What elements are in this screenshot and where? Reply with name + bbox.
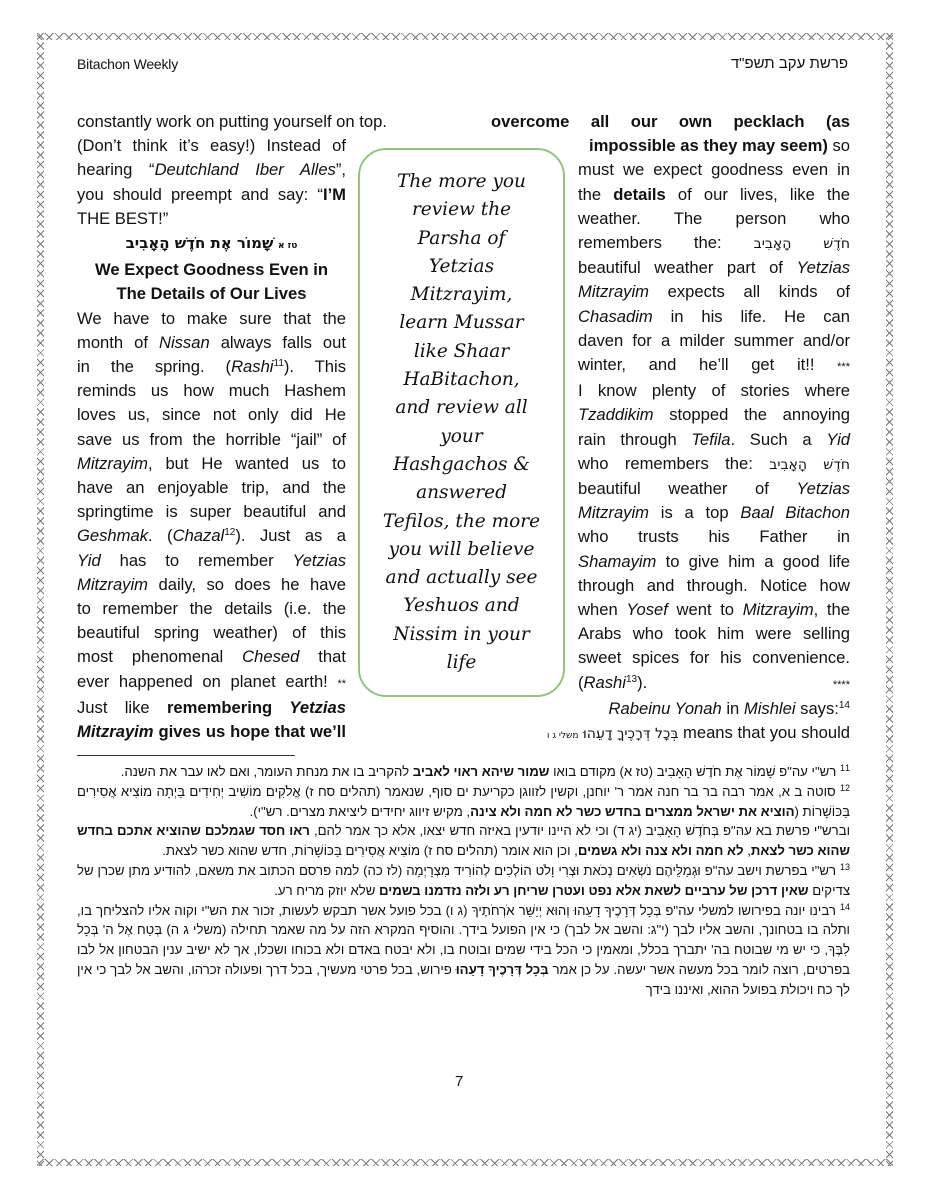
section-separator: ** <box>337 678 346 690</box>
footnote-ref: 12 <box>224 527 235 538</box>
text-line: Mitzrayim gives us hope that we’ll <box>77 720 346 744</box>
text-line: who trusts his Father in <box>578 525 850 549</box>
text-line: Mitzrayim expects all kinds of <box>578 280 850 304</box>
text-line: when Yosef went to Mitzrayim, the <box>578 598 850 622</box>
footnote-12: 12 סוטה ב א, אמר רבה בר בר חנה אמר ר' יו… <box>77 782 850 822</box>
callout-line: like Shaar <box>360 338 563 366</box>
text-line: beautiful weather of Yetzias <box>578 477 850 501</box>
footnote-13: 13 רש"י בפרשת וישב עה"פ וּגְמַלֵּיהֶם נֹ… <box>77 861 850 901</box>
text-line: constantly work on putting yourself on t… <box>77 110 346 134</box>
text-line: reminds us how much Hashem <box>77 379 346 403</box>
callout-line: Hashgachos & <box>360 451 563 479</box>
callout-line: learn Mussar <box>360 309 563 337</box>
text-line: Chasadim in his life. He can <box>578 305 850 329</box>
text-line: I know plenty of stories where <box>578 379 850 403</box>
callout-line: Mitzrayim, <box>360 281 563 309</box>
footnote-12-continued: וברש"י פרשת בא עה"פ בְּחֹדֶשׁ הָאָבִיב (… <box>77 821 850 861</box>
text-line: winter, and he’ll get it!! *** <box>578 353 850 379</box>
pull-quote-callout: The more you review the Parsha of Yetzia… <box>358 148 565 697</box>
text-line: We have to make sure that the <box>77 307 346 331</box>
callout-line: and actually see <box>360 564 563 592</box>
text-line: weather. The person who <box>578 207 850 231</box>
text-line: hearing “Deutchland Iber Alles”, <box>77 158 346 182</box>
text-line: most phenomenal Chesed that <box>77 645 346 669</box>
text-line: Just like remembering Yetzias <box>77 696 346 720</box>
callout-line: HaBitachon, <box>360 366 563 394</box>
right-text-column: overcome all our own pecklach (as imposs… <box>578 110 850 748</box>
text-line: month of Nissan always falls out <box>77 331 346 355</box>
text-line: Arabs who took him were selling <box>578 622 850 646</box>
hebrew-verse-heading: שָׁמוֹר אֶת חֹדֶשׁ הָאָבִיב טז א <box>77 231 346 258</box>
text-line: save us from the horrible “jail” of <box>77 428 346 452</box>
callout-line: Parsha of <box>360 225 563 253</box>
footnote-ref: 11 <box>274 358 284 369</box>
left-text-column: constantly work on putting yourself on t… <box>77 110 346 744</box>
text-line: you should preempt and say: “I’M <box>77 183 346 207</box>
text-line: Mitzrayim is a top Baal Bitachon <box>578 501 850 525</box>
text-line: rain through Tefila. Such a Yid <box>578 428 850 452</box>
callout-line: Yeshuos and <box>360 592 563 620</box>
callout-line: answered <box>360 479 563 507</box>
callout-line: Yetzias <box>360 253 563 281</box>
text-line: Tzaddikim stopped the annoying <box>578 403 850 427</box>
text-line: the details of our lives, like the <box>578 183 850 207</box>
text-line: who remembers the: חֹדֶשׁ הָאָבִיב <box>578 452 850 477</box>
text-line: sweet spices for his convenience. <box>578 646 850 670</box>
section-heading-line-1: We Expect Goodness Even in <box>77 258 346 282</box>
callout-line: you will believe <box>360 536 563 564</box>
text-line: Geshmak. (Chazal12). Just as a <box>77 524 346 548</box>
footnote-separator <box>77 755 295 756</box>
page-number: 7 <box>455 1073 463 1090</box>
text-line: Rabeinu Yonah in Mishlei says:14 <box>578 697 850 721</box>
text-line: beautiful spring weather) of this <box>77 621 346 645</box>
text-line: THE BEST!” <box>77 207 346 231</box>
footnote-11: 11 רש"י עה"פ שָׁמוֹר אֶת חֹדֶשׁ הָאָבִיב… <box>77 762 850 782</box>
text-line: impossible as they may seem) so <box>566 134 850 158</box>
callout-line: life <box>360 649 563 677</box>
callout-line: review the <box>360 196 563 224</box>
footnotes: 11 רש"י עה"פ שָׁמוֹר אֶת חֹדֶשׁ הָאָבִיב… <box>77 762 850 1000</box>
footnote-ref: 14 <box>839 700 850 711</box>
text-line: through and through. Notice how <box>578 574 850 598</box>
text-line: ever happened on planet earth! ** <box>77 670 346 696</box>
callout-line: The more you <box>360 168 563 196</box>
text-line: (Don’t think it’s easy!) Instead of <box>77 134 346 158</box>
text-line: (Rashi13). **** <box>578 671 850 697</box>
callout-line: Tefilos, the more <box>360 508 563 536</box>
footnote-14: 14 רבינו יונה בפירושו למשלי עה"פ בְּכָל … <box>77 901 850 1000</box>
section-separator: *** <box>837 361 850 373</box>
text-line: בְּכָל דְּרָכֶיךָ דָעֵהוּ משלי ג ו means… <box>378 721 850 748</box>
publication-title: Bitachon Weekly <box>77 56 178 72</box>
parsha-title: פרשת עקב תשפ"ד <box>731 55 848 72</box>
text-line: daven for a milder summer and/or <box>578 329 850 353</box>
text-line: springtime is super beautiful and <box>77 500 346 524</box>
text-line: must we expect goodness even in <box>578 158 850 182</box>
callout-line: your <box>360 423 563 451</box>
text-line: Mitzrayim, but He wanted us to <box>77 452 346 476</box>
text-line: to remember the details (i.e. the <box>77 597 346 621</box>
callout-line: Nissim in your <box>360 621 563 649</box>
callout-line: and review all <box>360 394 563 422</box>
text-line: Yid has to remember Yetzias <box>77 549 346 573</box>
text-line: Mitzrayim daily, so does he have <box>77 573 346 597</box>
text-line: in the spring. (Rashi11). This <box>77 355 346 379</box>
text-line: Shamayim to give him a good life <box>578 550 850 574</box>
section-separator: **** <box>833 679 850 691</box>
text-line: remembers the: חֹדֶשׁ הָאָבִיב <box>578 231 850 256</box>
footnote-ref: 13 <box>626 674 637 685</box>
text-line: overcome all our own pecklach (as <box>491 110 850 134</box>
text-line: loves us, since not only did He <box>77 403 346 427</box>
text-line: beautiful weather part of Yetzias <box>578 256 850 280</box>
section-heading-line-2: The Details of Our Lives <box>77 282 346 306</box>
text-line: have an enjoyable trip, and the <box>77 476 346 500</box>
